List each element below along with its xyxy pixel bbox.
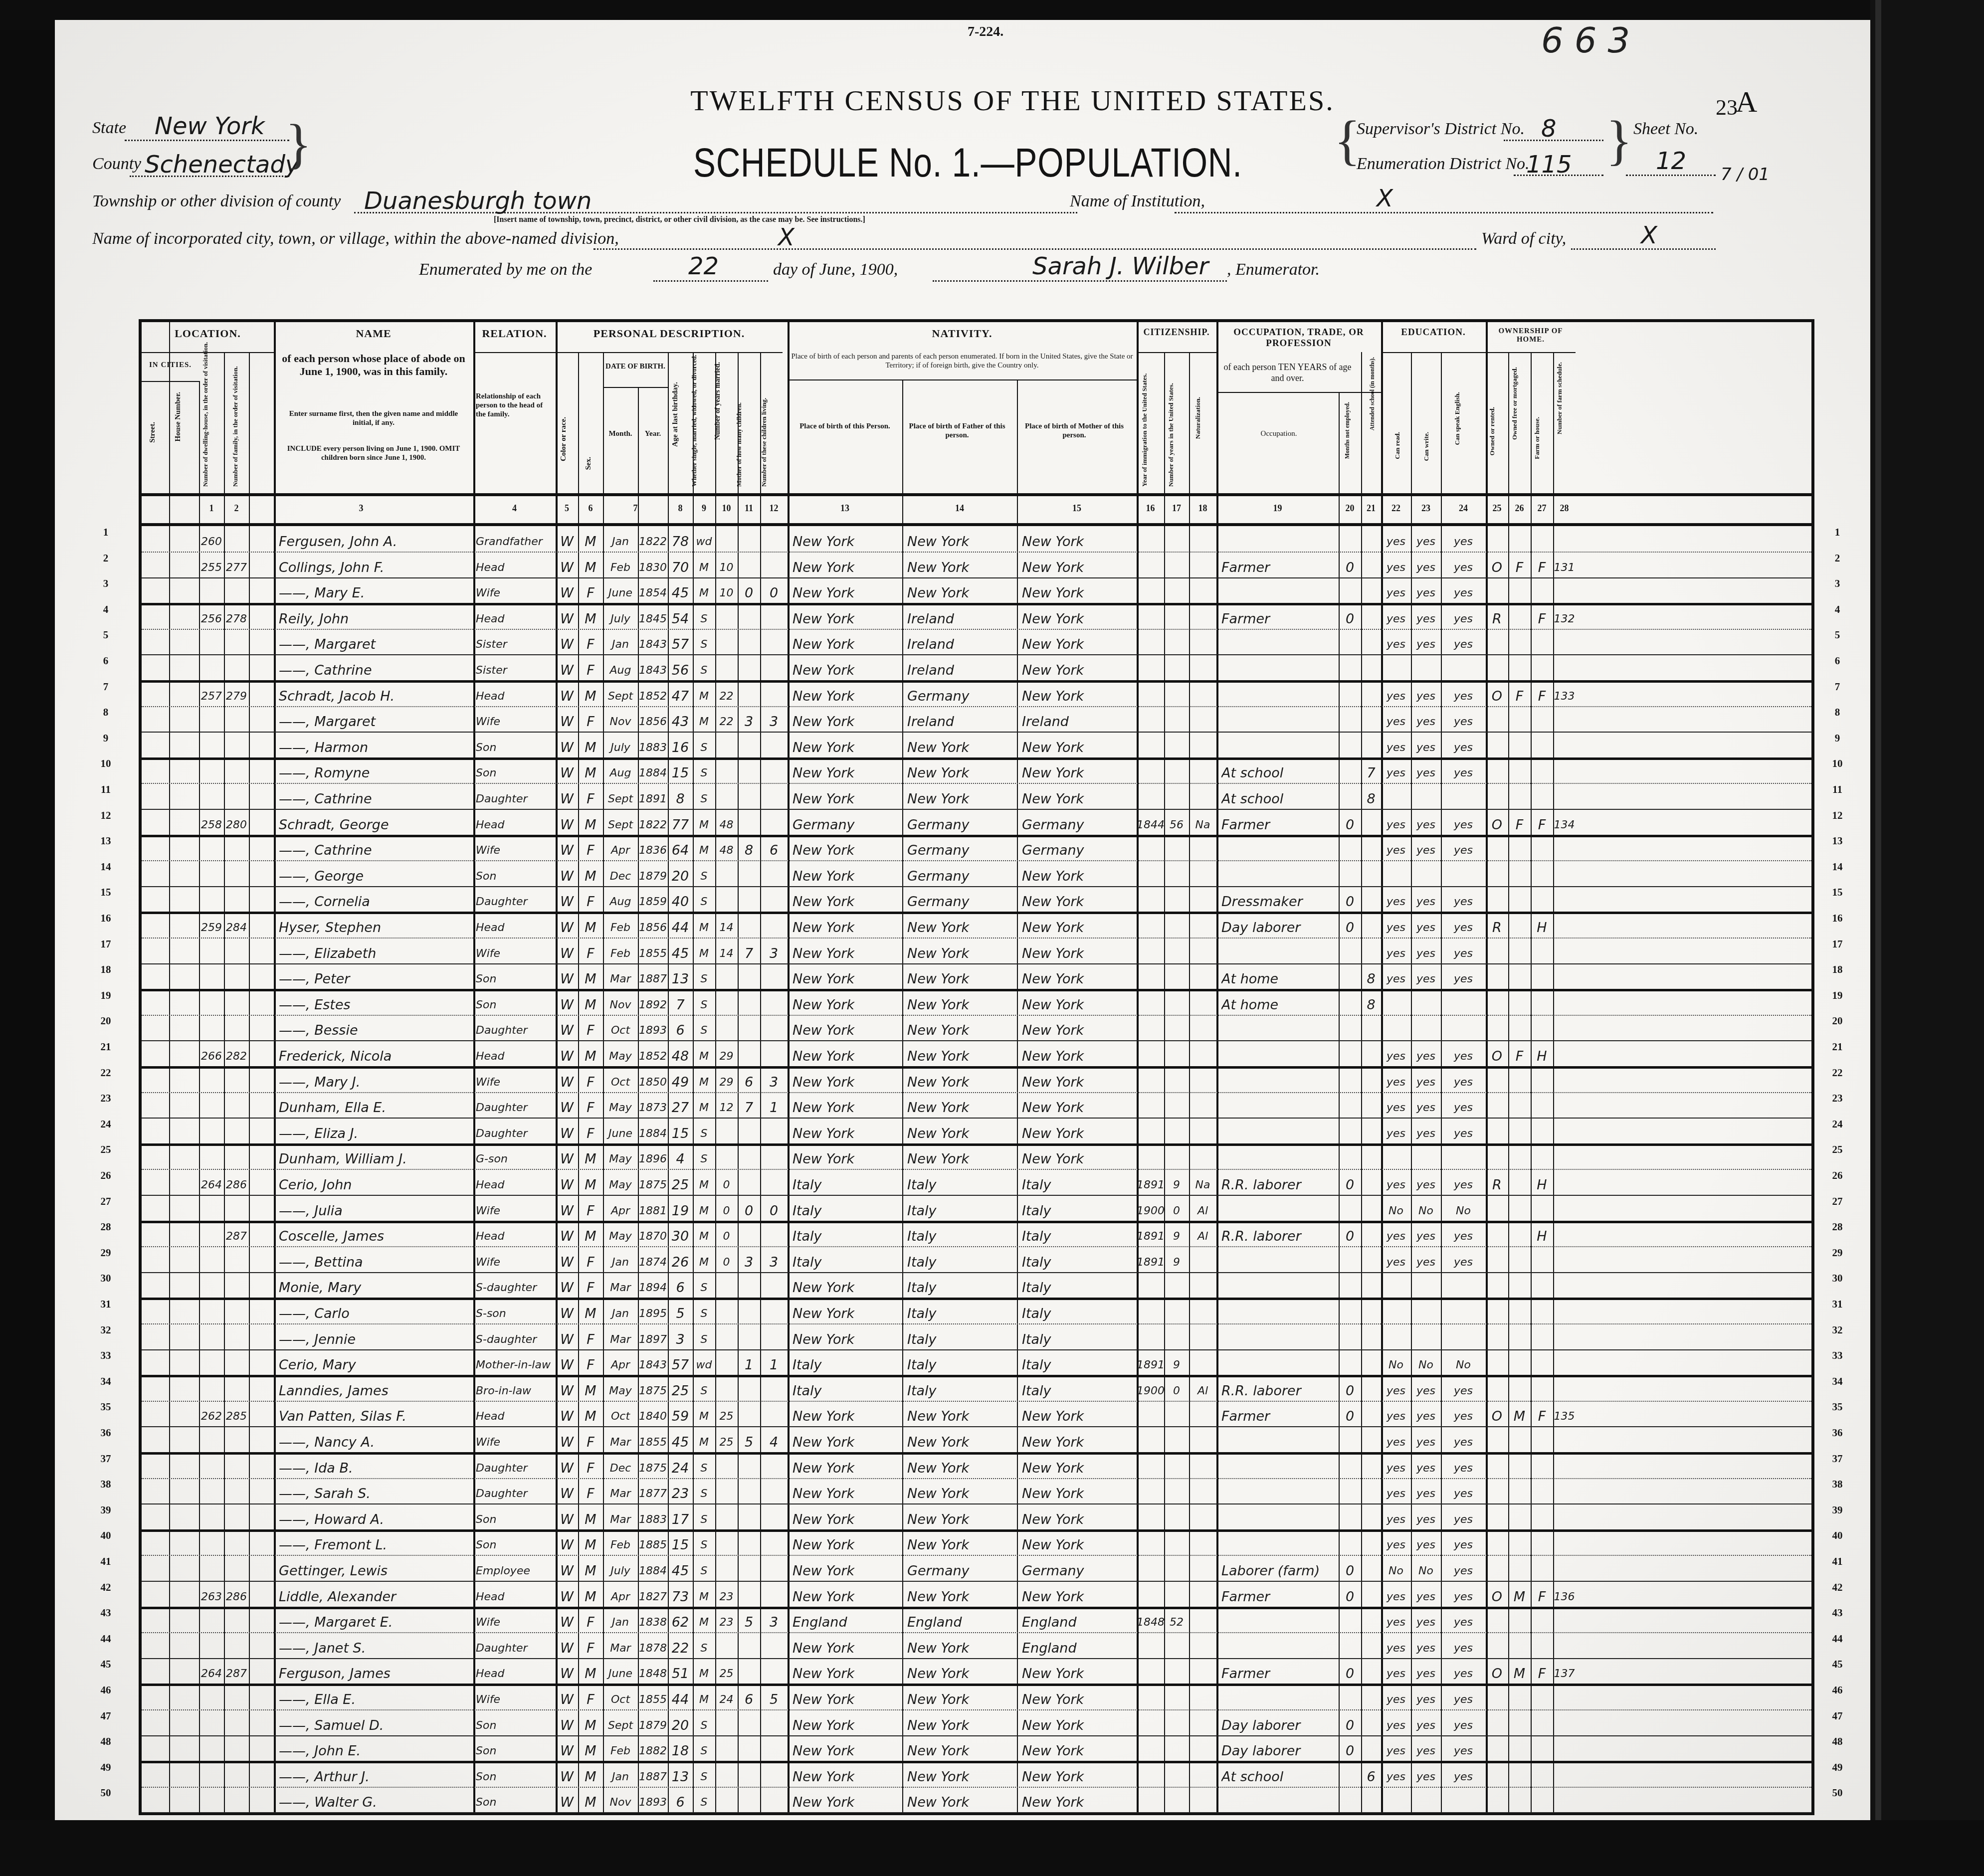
relation: Wife bbox=[476, 577, 555, 603]
family-number bbox=[224, 1761, 249, 1787]
immigration-year bbox=[1137, 1478, 1164, 1503]
speaks-english: yes bbox=[1441, 1067, 1486, 1092]
sex: F bbox=[578, 1324, 603, 1349]
person-name: Reily, John bbox=[279, 603, 471, 629]
birthplace-person: New York bbox=[793, 1092, 900, 1118]
birthplace-father: Italy bbox=[907, 1169, 1014, 1195]
naturalization bbox=[1189, 1761, 1216, 1787]
years-married: 23 bbox=[715, 1607, 738, 1632]
owned-rented bbox=[1486, 757, 1508, 783]
line-number-right: 49 bbox=[1827, 1761, 1847, 1774]
line-number-right: 46 bbox=[1827, 1684, 1847, 1696]
birthplace-mother: New York bbox=[1022, 783, 1134, 809]
line-number-left: 25 bbox=[96, 1143, 116, 1156]
birthplace-father: New York bbox=[907, 1041, 1014, 1066]
family-number bbox=[224, 1195, 249, 1221]
naturalization bbox=[1189, 1710, 1216, 1735]
sex: F bbox=[578, 1118, 603, 1143]
birthplace-person: New York bbox=[793, 783, 900, 809]
years-married: 23 bbox=[715, 1581, 738, 1607]
marital-status: wd bbox=[693, 526, 715, 552]
school-months bbox=[1361, 1658, 1381, 1684]
birth-year: 1852 bbox=[638, 681, 668, 706]
page-mark: 23 bbox=[1716, 95, 1738, 120]
line-number-left: 40 bbox=[96, 1529, 116, 1542]
school-months bbox=[1361, 552, 1381, 577]
scan-bottom-edge bbox=[0, 1820, 1984, 1876]
months-unemployed bbox=[1339, 938, 1361, 963]
months-unemployed bbox=[1339, 1092, 1361, 1118]
marital-status: S bbox=[693, 1787, 715, 1812]
marital-status: S bbox=[693, 629, 715, 654]
month-header: Month. bbox=[603, 429, 638, 438]
naturalization bbox=[1189, 1272, 1216, 1298]
birth-year: 1883 bbox=[638, 1504, 668, 1529]
line-number-left: 44 bbox=[96, 1633, 116, 1645]
years-in-us bbox=[1164, 757, 1189, 783]
months-unemployed: 0 bbox=[1339, 1555, 1361, 1581]
years-in-us bbox=[1164, 1787, 1189, 1812]
speaks-english bbox=[1441, 1324, 1486, 1349]
occupation: Farmer bbox=[1221, 809, 1337, 835]
years-married: 29 bbox=[715, 1067, 738, 1092]
color: W bbox=[556, 938, 578, 963]
owned-rented bbox=[1486, 1221, 1508, 1246]
family-number bbox=[224, 886, 249, 912]
naturalization bbox=[1189, 1555, 1216, 1581]
dwelling-number bbox=[199, 1453, 224, 1478]
birthplace-person: New York bbox=[793, 1735, 900, 1761]
months-unemployed bbox=[1339, 577, 1361, 603]
children-living bbox=[760, 886, 788, 912]
dwelling-number bbox=[199, 1375, 224, 1401]
children-living bbox=[760, 1324, 788, 1349]
children-living bbox=[760, 1375, 788, 1401]
color: W bbox=[556, 1298, 578, 1323]
line-number-right: 13 bbox=[1827, 835, 1847, 847]
can-write: yes bbox=[1411, 681, 1441, 706]
children-born bbox=[738, 989, 760, 1015]
birthplace-mother: New York bbox=[1022, 603, 1134, 629]
sex: F bbox=[578, 1247, 603, 1272]
birthplace-mother: New York bbox=[1022, 1143, 1134, 1169]
immigration-year bbox=[1137, 989, 1164, 1015]
table-row: 10 ——, Romyne Son W M Aug 1884 15 S New … bbox=[142, 757, 1811, 784]
family-number bbox=[224, 1684, 249, 1709]
marital-status: M bbox=[693, 1658, 715, 1684]
family-number bbox=[224, 1504, 249, 1529]
naturalization bbox=[1189, 1581, 1216, 1607]
age: 8 bbox=[668, 783, 693, 809]
line-number-right: 3 bbox=[1827, 577, 1847, 590]
city-value: X bbox=[778, 223, 794, 251]
person-name: Cerio, Mary bbox=[279, 1349, 471, 1375]
farm-schedule bbox=[1553, 1787, 1576, 1812]
occupation-sub: Occupation. bbox=[1219, 429, 1339, 438]
age: 45 bbox=[668, 1427, 693, 1452]
line-number-left: 23 bbox=[96, 1092, 116, 1105]
family-number bbox=[224, 526, 249, 552]
children-living bbox=[760, 1221, 788, 1246]
line-number-left: 1 bbox=[96, 526, 116, 539]
school-months bbox=[1361, 1272, 1381, 1298]
family-number: 278 bbox=[224, 603, 249, 629]
colnum-25: 25 bbox=[1486, 493, 1508, 523]
family-number: 287 bbox=[224, 1658, 249, 1684]
speaks-english: yes bbox=[1441, 1092, 1486, 1118]
relation: Head bbox=[476, 912, 555, 938]
family-number bbox=[224, 1118, 249, 1143]
can-write: yes bbox=[1411, 1041, 1441, 1066]
school-months bbox=[1361, 861, 1381, 886]
occupation bbox=[1221, 577, 1337, 603]
free-mortgaged bbox=[1508, 783, 1531, 809]
owned-rented bbox=[1486, 1633, 1508, 1658]
relation: Daughter bbox=[476, 1453, 555, 1478]
vh-mortgaged: Owned free or mortgaged. bbox=[1511, 367, 1519, 440]
speaks-english: yes bbox=[1441, 1375, 1486, 1401]
vh-read: Can read. bbox=[1393, 432, 1401, 459]
birthplace-person: New York bbox=[793, 1067, 900, 1092]
enumerated-day: 22 bbox=[688, 252, 719, 280]
line-number-left: 32 bbox=[96, 1324, 116, 1336]
speaks-english: yes bbox=[1441, 1118, 1486, 1143]
age: 26 bbox=[668, 1247, 693, 1272]
farm-schedule bbox=[1553, 1453, 1576, 1478]
person-name: Fergusen, John A. bbox=[279, 526, 471, 552]
birth-year: 1892 bbox=[638, 989, 668, 1015]
children-living bbox=[760, 783, 788, 809]
speaks-english: yes bbox=[1441, 1581, 1486, 1607]
owned-rented: O bbox=[1486, 1401, 1508, 1426]
table-row: 31 ——, Carlo S-son W M Jan 1895 5 S New … bbox=[142, 1298, 1811, 1324]
line-number-left: 21 bbox=[96, 1041, 116, 1053]
months-unemployed bbox=[1339, 1607, 1361, 1632]
free-mortgaged bbox=[1508, 732, 1531, 757]
colnum-21: 21 bbox=[1361, 493, 1381, 523]
line-number-right: 30 bbox=[1827, 1272, 1847, 1285]
birthplace-father: New York bbox=[907, 1067, 1014, 1092]
line-number-right: 18 bbox=[1827, 963, 1847, 976]
dwelling-number bbox=[199, 1607, 224, 1632]
months-unemployed bbox=[1339, 1504, 1361, 1529]
relation: Daughter bbox=[476, 1478, 555, 1503]
naturalization: Na bbox=[1189, 809, 1216, 835]
farm-schedule bbox=[1553, 1478, 1576, 1503]
free-mortgaged bbox=[1508, 1015, 1531, 1040]
sex: M bbox=[578, 1787, 603, 1812]
free-mortgaged: M bbox=[1508, 1401, 1531, 1426]
speaks-english: yes bbox=[1441, 1041, 1486, 1066]
years-married: 25 bbox=[715, 1401, 738, 1426]
years-married: 25 bbox=[715, 1658, 738, 1684]
owned-rented bbox=[1486, 706, 1508, 732]
naturalization bbox=[1189, 526, 1216, 552]
birthplace-person: New York bbox=[793, 1581, 900, 1607]
birth-month: Jan bbox=[603, 526, 638, 552]
immigration-year bbox=[1137, 732, 1164, 757]
birthplace-mother: New York bbox=[1022, 732, 1134, 757]
marital-status: S bbox=[693, 757, 715, 783]
birth-month: Mar bbox=[603, 1324, 638, 1349]
speaks-english bbox=[1441, 1787, 1486, 1812]
line-number-left: 27 bbox=[96, 1195, 116, 1208]
birth-month: Oct bbox=[603, 1401, 638, 1426]
birthplace-father: Italy bbox=[907, 1272, 1014, 1298]
dwelling-number: 262 bbox=[199, 1401, 224, 1426]
person-name: ——, Margaret bbox=[279, 706, 471, 732]
farm-schedule bbox=[1553, 526, 1576, 552]
marital-status: M bbox=[693, 1247, 715, 1272]
naturalization bbox=[1189, 783, 1216, 809]
years-in-us bbox=[1164, 1633, 1189, 1658]
enumerator-name: Sarah J. Wilber bbox=[1032, 252, 1208, 280]
months-unemployed bbox=[1339, 1298, 1361, 1323]
age: 4 bbox=[668, 1143, 693, 1169]
dwelling-number bbox=[199, 1761, 224, 1787]
birthplace-person: New York bbox=[793, 1041, 900, 1066]
color: W bbox=[556, 681, 578, 706]
children-living: 3 bbox=[760, 1607, 788, 1632]
table-row: 49 ——, Arthur J. Son W M Jan 1887 13 S N… bbox=[142, 1761, 1811, 1788]
color: W bbox=[556, 861, 578, 886]
age: 13 bbox=[668, 1761, 693, 1787]
can-read: yes bbox=[1381, 552, 1411, 577]
table-row: 19 ——, Estes Son W M Nov 1892 7 S New Yo… bbox=[142, 989, 1811, 1016]
immigration-year: 1891 bbox=[1137, 1349, 1164, 1375]
free-mortgaged bbox=[1508, 629, 1531, 654]
farm-house bbox=[1531, 1633, 1553, 1658]
immigration-year bbox=[1137, 1787, 1164, 1812]
immigration-year: 1891 bbox=[1137, 1169, 1164, 1195]
can-write: yes bbox=[1411, 1633, 1441, 1658]
relation: Son bbox=[476, 1529, 555, 1555]
occupation bbox=[1221, 1504, 1337, 1529]
speaks-english: yes bbox=[1441, 963, 1486, 989]
township-note: [Insert name of township, town, precinct… bbox=[494, 215, 865, 224]
school-months bbox=[1361, 1375, 1381, 1401]
owned-rented: O bbox=[1486, 1581, 1508, 1607]
can-write bbox=[1411, 1143, 1441, 1169]
naturalization bbox=[1189, 1633, 1216, 1658]
birth-month: Mar bbox=[603, 963, 638, 989]
school-months bbox=[1361, 1118, 1381, 1143]
can-read: yes bbox=[1381, 629, 1411, 654]
can-write: yes bbox=[1411, 1607, 1441, 1632]
table-row: 43 ——, Margaret E. Wife W F Jan 1838 62 … bbox=[142, 1607, 1811, 1633]
school-months bbox=[1361, 1015, 1381, 1040]
vh-months-unemployed: Months not employed. bbox=[1344, 402, 1351, 459]
family-number: 287 bbox=[224, 1221, 249, 1246]
line-number-left: 9 bbox=[96, 732, 116, 745]
family-number bbox=[224, 1453, 249, 1478]
marital-status: S bbox=[693, 1118, 715, 1143]
person-name: ——, Arthur J. bbox=[279, 1761, 471, 1787]
immigration-year bbox=[1137, 706, 1164, 732]
birth-year: 1822 bbox=[638, 526, 668, 552]
can-read: yes bbox=[1381, 1375, 1411, 1401]
months-unemployed: 0 bbox=[1339, 809, 1361, 835]
line-number-right: 23 bbox=[1827, 1092, 1847, 1105]
age: 48 bbox=[668, 1041, 693, 1066]
sex: F bbox=[578, 1684, 603, 1709]
line-number-right: 39 bbox=[1827, 1504, 1847, 1516]
color: W bbox=[556, 1555, 578, 1581]
children-born bbox=[738, 1658, 760, 1684]
speaks-english: yes bbox=[1441, 1478, 1486, 1503]
line-number-left: 24 bbox=[96, 1118, 116, 1130]
birth-year: 1887 bbox=[638, 1761, 668, 1787]
owned-rented bbox=[1486, 1710, 1508, 1735]
farm-schedule bbox=[1553, 989, 1576, 1015]
color: W bbox=[556, 1401, 578, 1426]
birthplace-father: New York bbox=[907, 1092, 1014, 1118]
age: 17 bbox=[668, 1504, 693, 1529]
children-born: 3 bbox=[738, 1247, 760, 1272]
age: 45 bbox=[668, 577, 693, 603]
line-number-right: 33 bbox=[1827, 1349, 1847, 1362]
years-married: 22 bbox=[715, 681, 738, 706]
can-read: yes bbox=[1381, 1067, 1411, 1092]
relation: Daughter bbox=[476, 886, 555, 912]
farm-schedule: 134 bbox=[1553, 809, 1576, 835]
children-living: 6 bbox=[760, 835, 788, 860]
colnum-19: 19 bbox=[1216, 493, 1339, 523]
census-sheet: 7-224. TWELFTH CENSUS OF THE UNITED STAT… bbox=[55, 20, 1870, 1855]
free-mortgaged: M bbox=[1508, 1658, 1531, 1684]
marital-status: M bbox=[693, 835, 715, 860]
can-write: No bbox=[1411, 1555, 1441, 1581]
birthplace-mother: New York bbox=[1022, 1761, 1134, 1787]
birthplace-person: Italy bbox=[793, 1375, 900, 1401]
person-name: ——, Cathrine bbox=[279, 783, 471, 809]
birth-year: 1885 bbox=[638, 1529, 668, 1555]
children-born bbox=[738, 1118, 760, 1143]
children-living: 3 bbox=[760, 1067, 788, 1092]
children-born: 8 bbox=[738, 835, 760, 860]
sheet-letter: A bbox=[1736, 85, 1757, 119]
naturalization bbox=[1189, 655, 1216, 680]
can-write: yes bbox=[1411, 1169, 1441, 1195]
sex: M bbox=[578, 1504, 603, 1529]
color: W bbox=[556, 1761, 578, 1787]
farm-schedule bbox=[1553, 1143, 1576, 1169]
sex: M bbox=[578, 989, 603, 1015]
naturalization bbox=[1189, 886, 1216, 912]
immigration-year bbox=[1137, 1067, 1164, 1092]
line-number-left: 3 bbox=[96, 577, 116, 590]
form-number: 7-224. bbox=[968, 24, 1003, 40]
birthplace-father: Italy bbox=[907, 1247, 1014, 1272]
birthplace-mother: New York bbox=[1022, 861, 1134, 886]
free-mortgaged bbox=[1508, 526, 1531, 552]
table-row: 17 ——, Elizabeth Wife W F Feb 1855 45 M … bbox=[142, 938, 1811, 964]
line-number-left: 18 bbox=[96, 963, 116, 976]
can-write: yes bbox=[1411, 1478, 1441, 1503]
occupation bbox=[1221, 1787, 1337, 1812]
children-living bbox=[760, 963, 788, 989]
naturalization bbox=[1189, 1684, 1216, 1709]
years-married: 10 bbox=[715, 552, 738, 577]
immigration-year: 1900 bbox=[1137, 1195, 1164, 1221]
age: 20 bbox=[668, 1710, 693, 1735]
group-citizenship: CITIZENSHIP. bbox=[1137, 327, 1216, 338]
birth-month: Feb bbox=[603, 552, 638, 577]
sex: F bbox=[578, 1633, 603, 1658]
group-location: LOCATION. bbox=[142, 327, 274, 340]
children-born bbox=[738, 603, 760, 629]
birthplace-mother: Italy bbox=[1022, 1247, 1134, 1272]
enumeration-label: Enumeration District No. bbox=[1357, 155, 1530, 174]
vh-write: Can write. bbox=[1422, 432, 1430, 461]
farm-house bbox=[1531, 963, 1553, 989]
speaks-english: yes bbox=[1441, 886, 1486, 912]
naturalization bbox=[1189, 629, 1216, 654]
year-header: Year. bbox=[638, 429, 668, 438]
table-row: 37 ——, Ida B. Daughter W F Dec 1875 24 S… bbox=[142, 1453, 1811, 1479]
dwelling-number bbox=[199, 886, 224, 912]
person-name: Schradt, Jacob H. bbox=[279, 681, 471, 706]
years-in-us bbox=[1164, 1710, 1189, 1735]
birth-year: 1859 bbox=[638, 886, 668, 912]
months-unemployed bbox=[1339, 1761, 1361, 1787]
years-in-us bbox=[1164, 861, 1189, 886]
school-months bbox=[1361, 1349, 1381, 1375]
owned-rented bbox=[1486, 835, 1508, 860]
naturalization bbox=[1189, 1478, 1216, 1503]
owned-rented: O bbox=[1486, 681, 1508, 706]
years-married: 0 bbox=[715, 1195, 738, 1221]
line-number-left: 36 bbox=[96, 1427, 116, 1439]
years-married bbox=[715, 861, 738, 886]
birth-month: Apr bbox=[603, 1195, 638, 1221]
birth-year: 1827 bbox=[638, 1581, 668, 1607]
person-name: ——, Ella E. bbox=[279, 1684, 471, 1709]
sex: M bbox=[578, 1658, 603, 1684]
months-unemployed bbox=[1339, 1684, 1361, 1709]
occupation bbox=[1221, 1427, 1337, 1452]
birthplace-mother: New York bbox=[1022, 912, 1134, 938]
months-unemployed bbox=[1339, 732, 1361, 757]
can-read: yes bbox=[1381, 1684, 1411, 1709]
children-born bbox=[738, 681, 760, 706]
school-months bbox=[1361, 629, 1381, 654]
birthplace-person: New York bbox=[793, 681, 900, 706]
person-name: Ferguson, James bbox=[279, 1658, 471, 1684]
owned-rented bbox=[1486, 1427, 1508, 1452]
birth-year: 1884 bbox=[638, 757, 668, 783]
dwelling-number: 256 bbox=[199, 603, 224, 629]
birthplace-mother: Ireland bbox=[1022, 706, 1134, 732]
occupation bbox=[1221, 1143, 1337, 1169]
marital-status: S bbox=[693, 1272, 715, 1298]
can-read bbox=[1381, 1787, 1411, 1812]
birthplace-mother: New York bbox=[1022, 963, 1134, 989]
naturalization bbox=[1189, 1349, 1216, 1375]
can-write: yes bbox=[1411, 1092, 1441, 1118]
children-living bbox=[760, 1041, 788, 1066]
birth-month: July bbox=[603, 603, 638, 629]
school-months bbox=[1361, 1453, 1381, 1478]
farm-house bbox=[1531, 938, 1553, 963]
immigration-year bbox=[1137, 1710, 1164, 1735]
years-in-us: 9 bbox=[1164, 1349, 1189, 1375]
line-number-left: 16 bbox=[96, 912, 116, 925]
color: W bbox=[556, 1041, 578, 1066]
family-number: 286 bbox=[224, 1169, 249, 1195]
family-number bbox=[224, 732, 249, 757]
owned-rented bbox=[1486, 1272, 1508, 1298]
